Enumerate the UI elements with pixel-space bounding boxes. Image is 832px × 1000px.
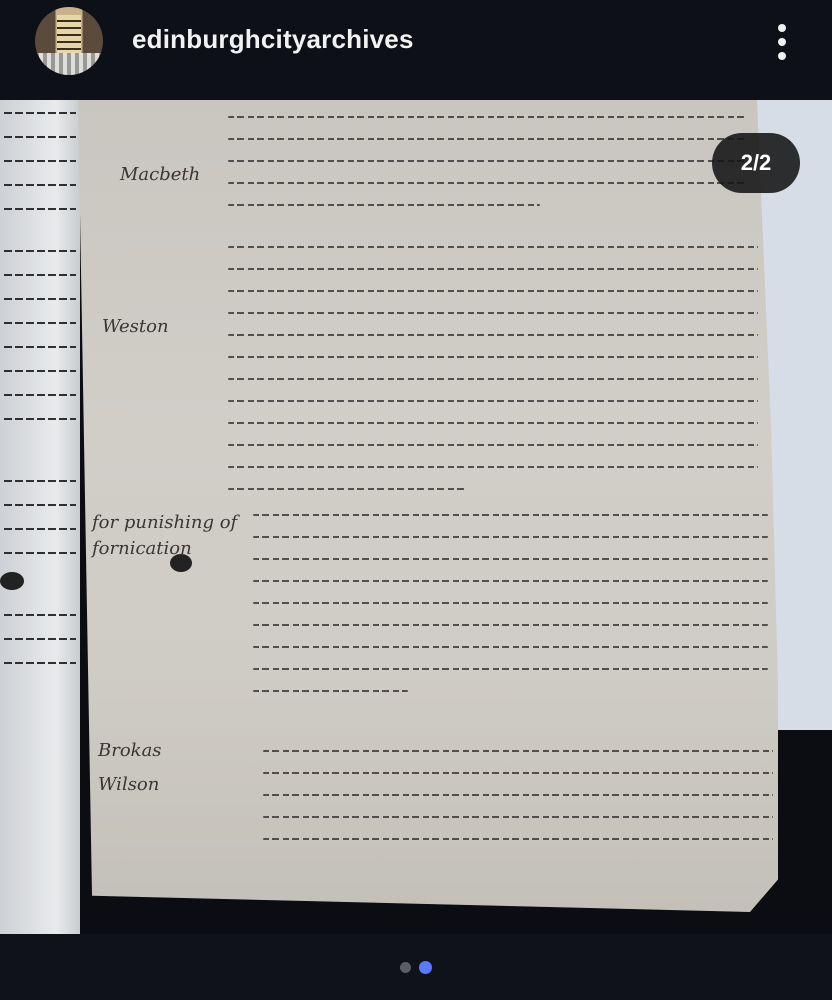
entry-3-handwriting — [253, 514, 768, 712]
avatar-floor-graphic — [35, 53, 103, 75]
left-page-edge — [0, 100, 80, 934]
post-image[interactable]: Macbeth Weston for punishing of fornicat… — [0, 100, 832, 934]
more-options-icon[interactable] — [770, 22, 794, 62]
carousel-indicator — [0, 934, 832, 1000]
ink-blot — [0, 572, 24, 590]
image-counter-badge: 2/2 — [712, 133, 800, 193]
manuscript-page: Macbeth Weston for punishing of fornicat… — [78, 100, 778, 912]
margin-note-fornication: for punishing of fornication — [92, 510, 252, 562]
avatar-shelf-graphic — [57, 15, 81, 55]
entry-4-handwriting — [263, 750, 773, 860]
left-page-handwriting — [4, 112, 76, 686]
carousel-dot-2-active[interactable] — [419, 961, 432, 974]
entry-1-handwriting — [228, 116, 748, 226]
post-header: edinburghcityarchives — [0, 0, 832, 100]
margin-note-brokas-wilson: Brokas Wilson — [98, 734, 218, 802]
margin-note-macbeth: Macbeth — [120, 164, 200, 185]
username-link[interactable]: edinburghcityarchives — [132, 24, 414, 55]
margin-note-weston: Weston — [102, 316, 169, 337]
entry-2-handwriting — [228, 246, 758, 510]
wax-seal — [170, 554, 192, 572]
profile-avatar[interactable] — [35, 7, 103, 75]
carousel-dot-1[interactable] — [400, 962, 411, 973]
